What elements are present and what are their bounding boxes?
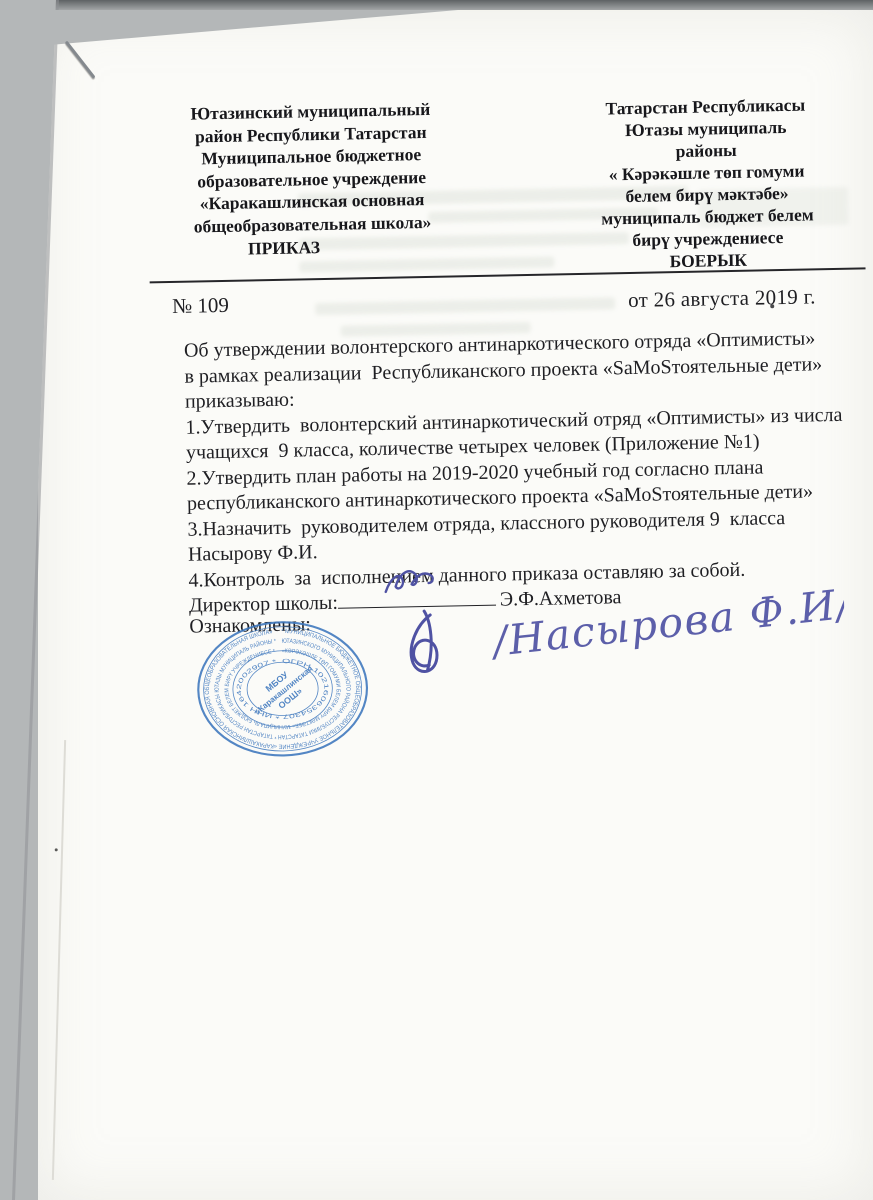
scanned-order-document: { "header": { "left": { "lines": [ "Ютаз… xyxy=(0,0,873,1200)
separator-rule xyxy=(150,267,866,283)
ink-flourish xyxy=(410,611,437,672)
ink-dot xyxy=(55,848,58,851)
org-header-tt: Татарстан Республикасы Ютазы муниципаль … xyxy=(552,93,861,275)
director-label: Директор школы: xyxy=(189,592,338,617)
handwritten-name: /Насырова Ф.И/ xyxy=(487,579,846,666)
official-stamp: * МУНИЦИПАЛЬНОЕ БЮДЖЕТНОЕ ОБЩЕОБРАЗОВАТЕ… xyxy=(192,616,373,761)
handwritten-signature: /Насырова Ф.И/ xyxy=(363,545,846,714)
org-header-ru: Ютазинский муниципальный район Республик… xyxy=(164,97,459,261)
document-content: Ютазинский муниципальный район Республик… xyxy=(0,0,873,1200)
order-date: от 26 августа 2019 г. xyxy=(628,284,816,313)
order-number: № 109 xyxy=(172,293,229,319)
ink-initials xyxy=(385,571,433,592)
bleed-through-smudge xyxy=(299,256,554,272)
bleed-through-smudge xyxy=(315,297,615,315)
